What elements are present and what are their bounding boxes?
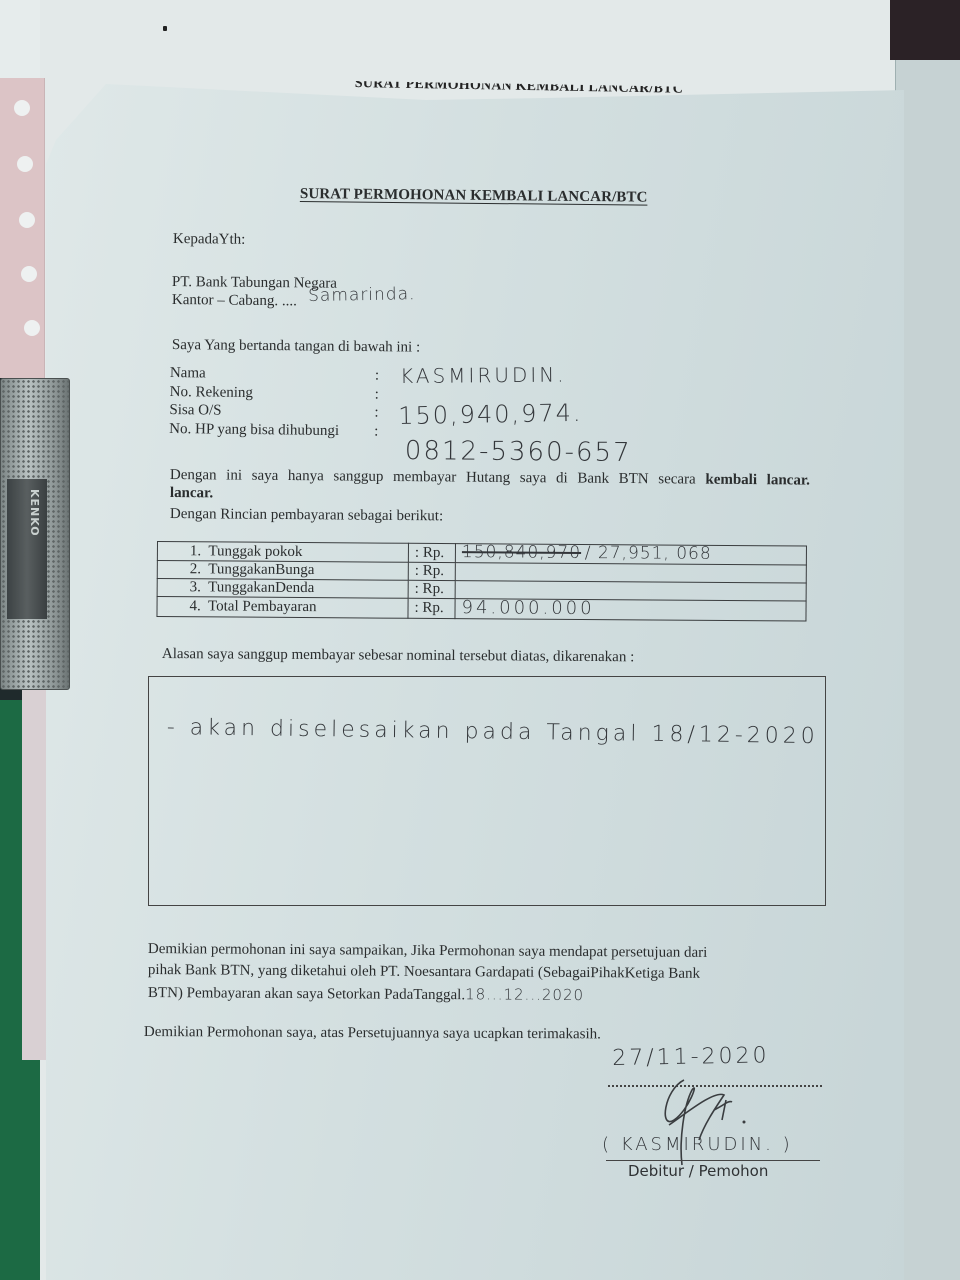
document-title: SURAT PERMOHONAN KEMBALI LANCAR/BTC [300,186,648,207]
closing-line-3: BTN) Pembayaran akan saya Setorkan PadaT… [148,983,584,1005]
thanks-text: Demikian Permohonan saya, atas Persetuju… [144,1024,601,1043]
signer-role: Debitur / Pemohon [628,1162,768,1180]
intro-text: Saya Yang bertanda tangan di bawah ini : [172,337,420,357]
signature-underline [606,1160,820,1161]
binder-clip: KENKO [0,378,70,690]
clip-brand-label: KENKO [11,489,41,609]
outstanding-handwritten: 150,940,974. [398,399,583,430]
reason-label: Alasan saya sanggup membayar sebesar nom… [162,646,634,666]
reason-box: - akan diselesaikan pada Tangal 18/12-20… [148,676,826,906]
table-row: 4. Total Pembayaran : Rp. 94.000.000 [157,597,806,622]
phone-handwritten: 0812-5360-657 [405,436,632,468]
sign-date-handwritten: 27/11-2020 [612,1043,770,1071]
details-intro: Dengan Rincian pembayaran sebagai beriku… [170,506,443,525]
statement-bold: kembali lancar. [705,472,810,489]
closing-line-1: Demikian permohonan ini saya sampaikan, … [148,941,708,962]
applicant-fields: Nama: No. Rekening: Sisa O/S: No. HP yan… [169,364,385,441]
tunggak-pokok-value: 150,840,970 / 27,951, 068 [455,544,806,565]
payment-table: 1. Tunggak pokok : Rp. 150,840,970 / 27,… [156,541,807,622]
signer-name-handwritten: ( KASMIRUDIN. ) [602,1134,793,1155]
field-phone: No. HP yang bisa dihubungi: [169,419,384,440]
name-handwritten: KASMIRUDIN. [400,363,567,388]
statement-bold-cont: lancar. [170,485,213,502]
document: SURAT PERMOHONAN KEMBALI LANCAR/BTC Kepa… [0,0,960,1280]
total-payment-value: 94.000.000 [455,599,806,621]
recipient-branch-label: Kantor – Cabang. .... [172,292,297,310]
payment-date-handwritten: 18...12...2020 [465,985,584,1004]
salutation: KepadaYth: [173,231,246,249]
signature-icon [644,1070,754,1170]
reason-handwritten: - akan diselesaikan pada Tangal 18/12-20… [167,715,819,749]
closing-line-2: pihak Bank BTN, yang diketahui oleh PT. … [148,962,700,983]
branch-handwritten: Samarinda. [308,284,416,306]
statement-text: Dengan ini saya hanya sanggup membayar H… [170,466,810,490]
